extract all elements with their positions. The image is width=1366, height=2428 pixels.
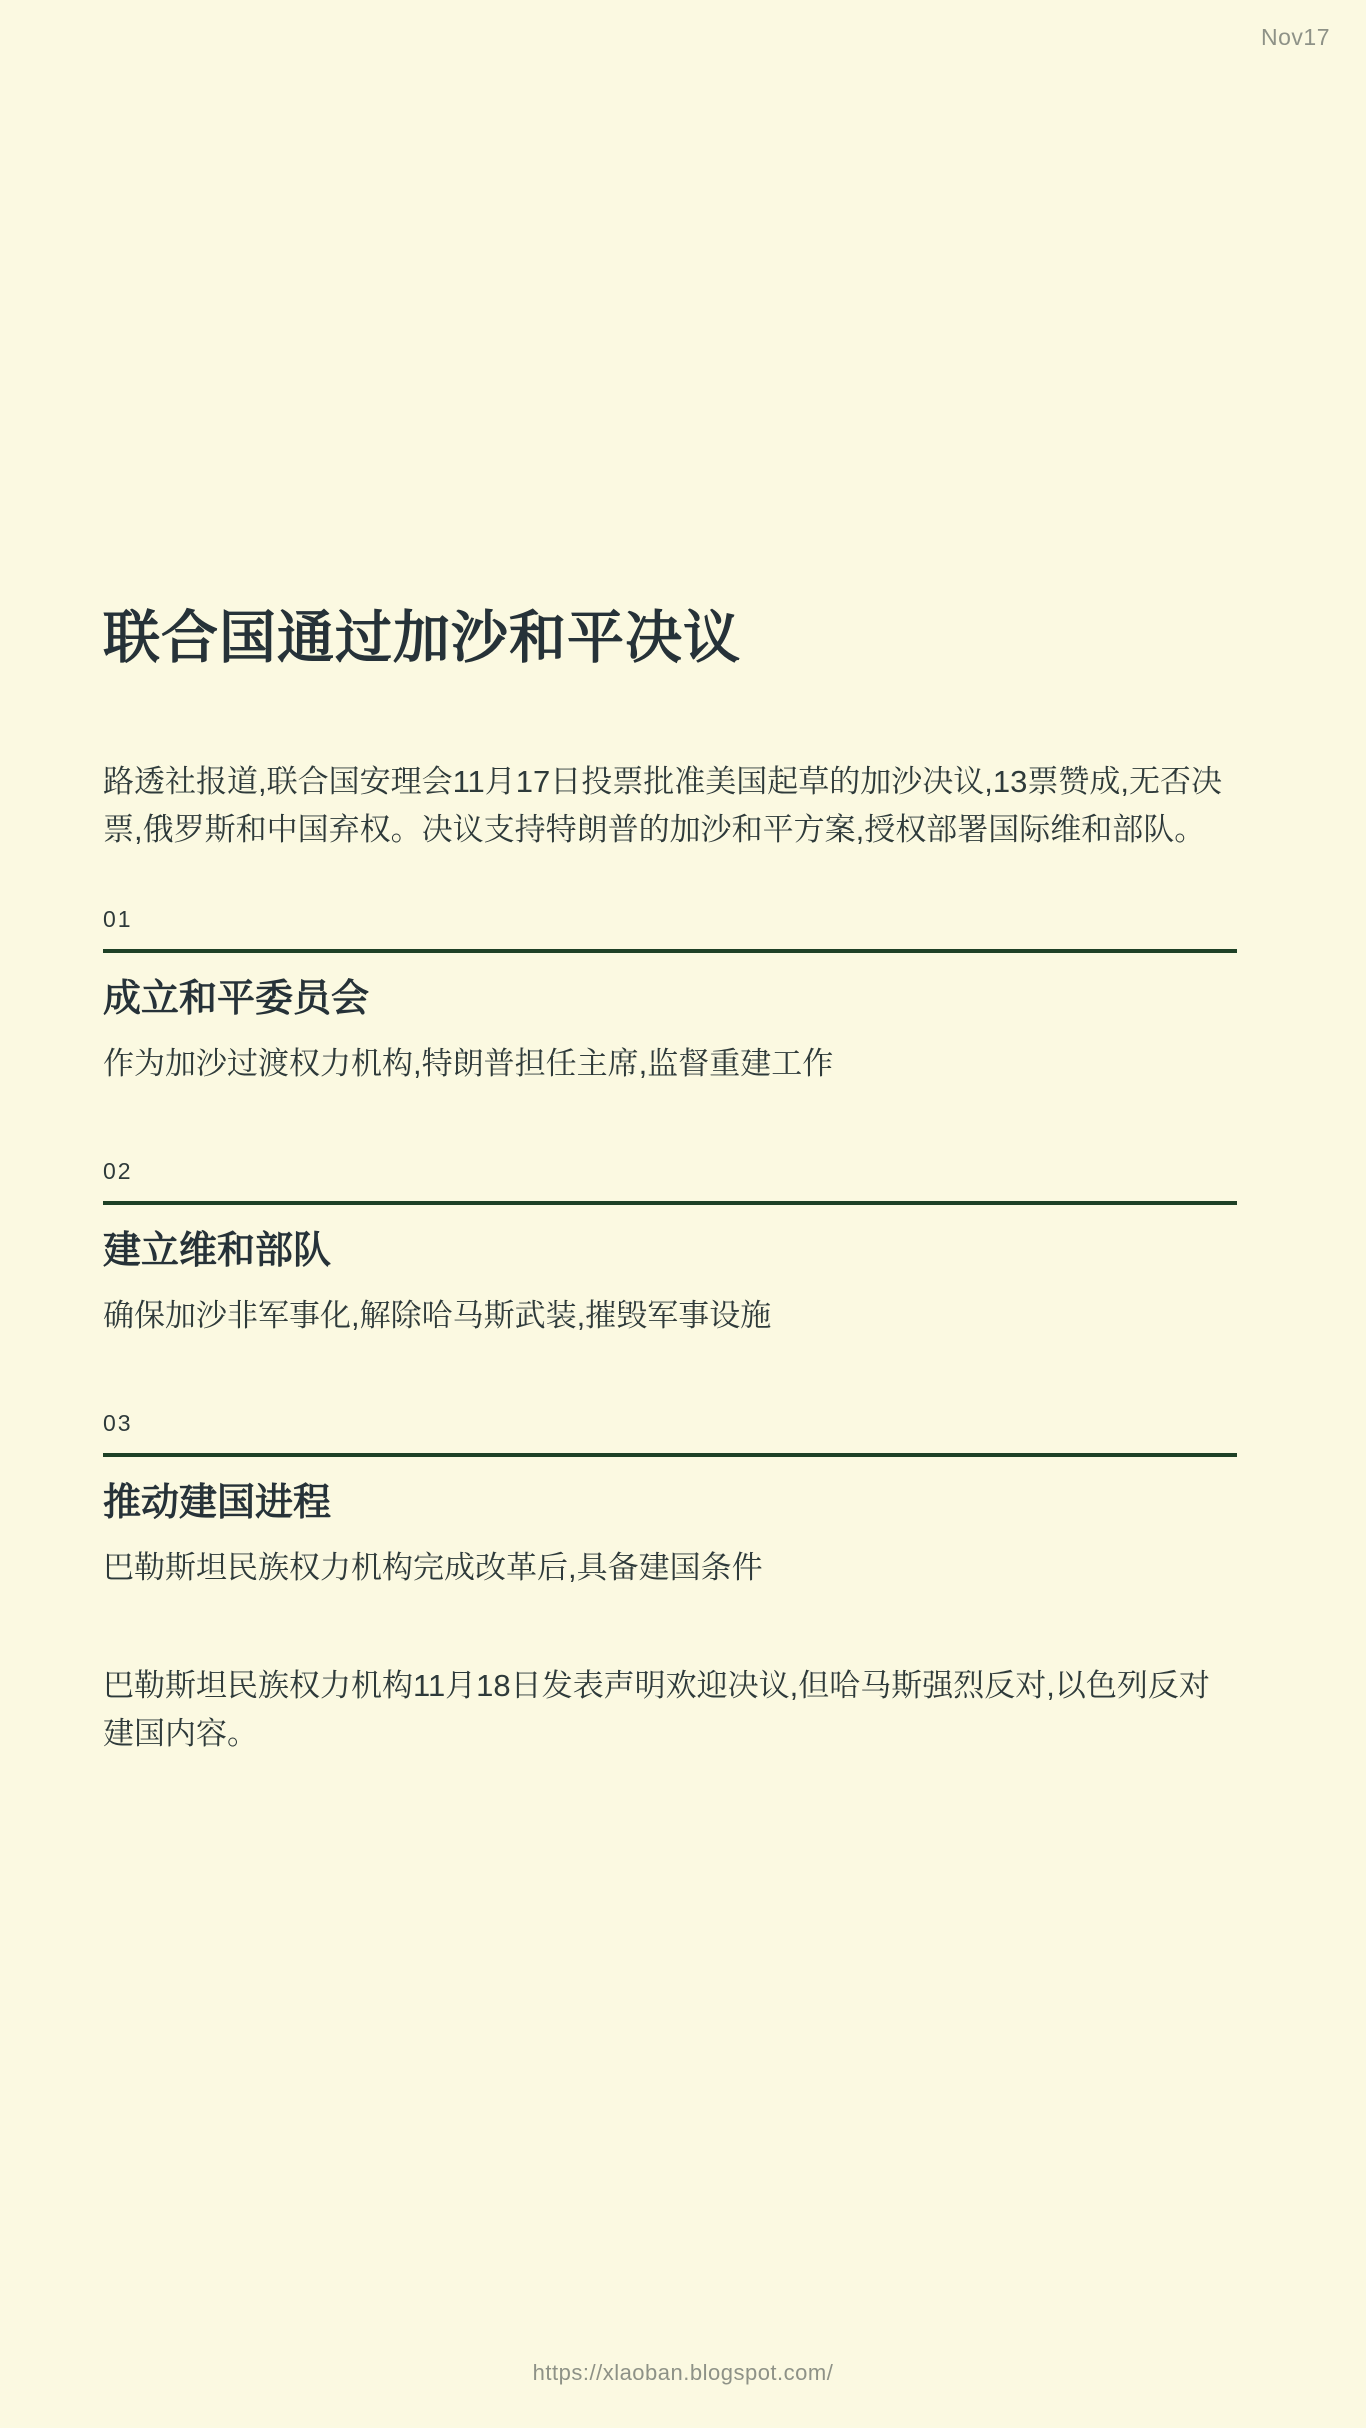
section-heading: 成立和平委员会 — [103, 977, 1237, 1023]
section-3: 03 推动建国进程 巴勒斯坦民族权力机构完成改革后,具备建国条件 — [103, 1410, 1237, 1590]
section-1: 01 成立和平委员会 作为加沙过渡权力机构,特朗普担任主席,监督重建工作 — [103, 906, 1237, 1086]
date-stamp: Nov17 — [1261, 24, 1330, 51]
section-divider — [103, 949, 1237, 953]
section-divider — [103, 1453, 1237, 1457]
section-2: 02 建立维和部队 确保加沙非军事化,解除哈马斯武装,摧毁军事设施 — [103, 1158, 1237, 1338]
section-number: 01 — [103, 906, 1237, 932]
outro-paragraph: 巴勒斯坦民族权力机构11月18日发表声明欢迎决议,但哈马斯强烈反对,以色列反对建… — [103, 1662, 1237, 1758]
section-heading: 推动建国进程 — [103, 1481, 1237, 1527]
article-content: 联合国通过加沙和平决议 路透社报道,联合国安理会11月17日投票批准美国起草的加… — [103, 604, 1237, 1758]
section-description: 巴勒斯坦民族权力机构完成改革后,具备建国条件 — [103, 1546, 1237, 1590]
page-title: 联合国通过加沙和平决议 — [103, 604, 1237, 672]
footer-url: https://xlaoban.blogspot.com/ — [0, 2360, 1366, 2386]
section-description: 作为加沙过渡权力机构,特朗普担任主席,监督重建工作 — [103, 1042, 1237, 1086]
section-description: 确保加沙非军事化,解除哈马斯武装,摧毁军事设施 — [103, 1294, 1237, 1338]
section-heading: 建立维和部队 — [103, 1229, 1237, 1275]
section-number: 03 — [103, 1410, 1237, 1436]
section-divider — [103, 1201, 1237, 1205]
intro-paragraph: 路透社报道,联合国安理会11月17日投票批准美国起草的加沙决议,13票赞成,无否… — [103, 758, 1237, 854]
section-number: 02 — [103, 1158, 1237, 1184]
